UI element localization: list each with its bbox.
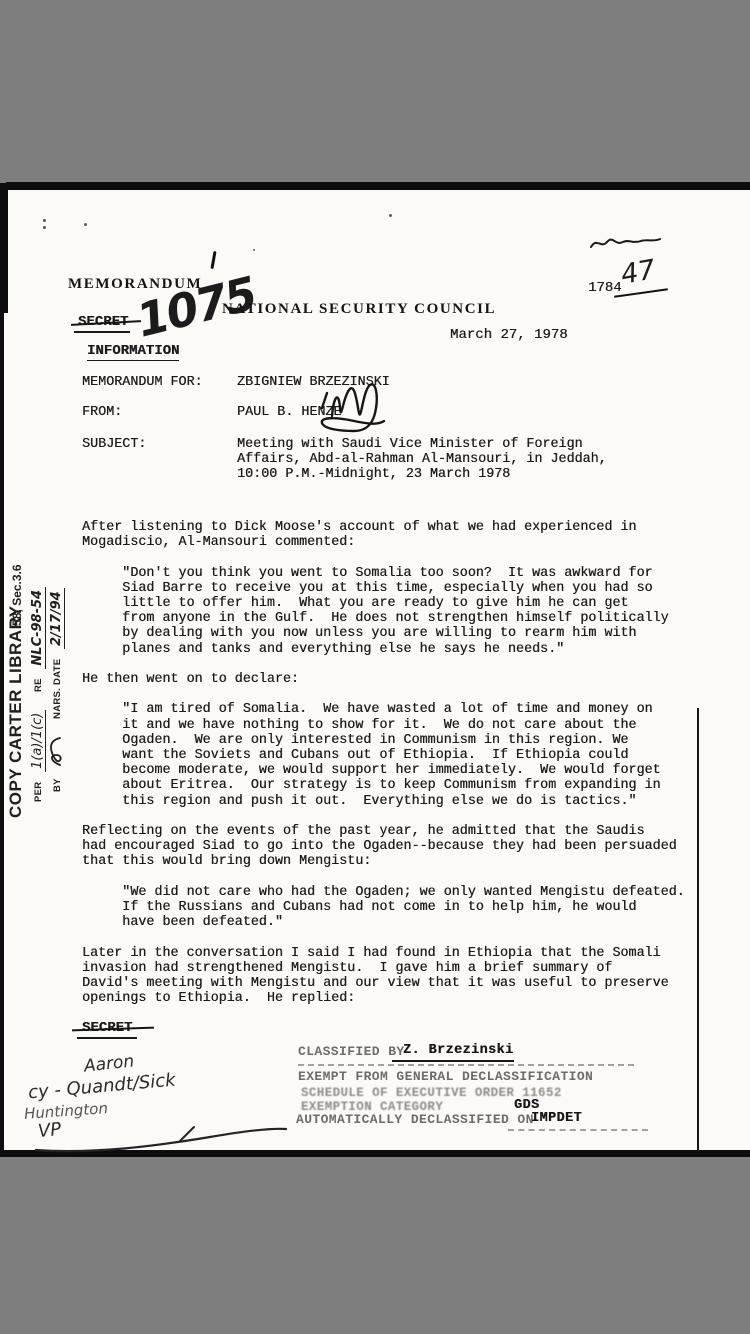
stamp-exempt-line: EXEMPT FROM GENERAL DECLASSIFICATION xyxy=(298,1069,593,1084)
margin-stamp-per-label: PER xyxy=(33,782,44,802)
margin-stamp-per-value: 1(a)/1(c) xyxy=(30,710,46,772)
handwritten-scribble xyxy=(588,233,666,253)
scan-edge-left xyxy=(0,310,4,1155)
margin-stamp-copy-carter: COPY CARTER LIBRARY xyxy=(6,605,25,818)
info-label: INFORMATION xyxy=(87,344,179,361)
subject-label: SUBJECT: xyxy=(82,437,146,452)
stamp-dashes xyxy=(508,1129,648,1131)
handwritten-swoosh xyxy=(30,1124,292,1154)
scan-speck xyxy=(43,226,46,229)
stamp-classified-by-underline xyxy=(392,1060,514,1062)
stamp-rule xyxy=(298,1064,634,1066)
classification-bottom-underline xyxy=(77,1037,137,1039)
screenshot-root: MEMORANDUM SECRET 1075 NATIONAL SECURITY… xyxy=(0,0,750,1334)
margin-stamp-by-label: BY xyxy=(52,778,63,792)
margin-stamp-re-value: NLC-98-54 xyxy=(30,587,46,669)
margin-stamp-by-signature xyxy=(48,735,63,769)
scan-speck xyxy=(84,223,87,226)
scan-fold-line xyxy=(697,708,699,1152)
scan-speck xyxy=(253,249,255,251)
stamp-auto-declassified-label: AUTOMATICALLY DECLASSIFIED ON xyxy=(296,1112,534,1127)
classification-top-underline xyxy=(74,331,130,333)
margin-stamp-re-label: RE xyxy=(33,678,44,692)
from-label: FROM: xyxy=(82,405,122,420)
stamp-classified-by-value: Z. Brzezinski xyxy=(403,1043,514,1058)
stamp-impdet-value: IMPDET xyxy=(531,1111,582,1126)
scan-speck xyxy=(43,219,46,222)
handwritten-page-number: 47 xyxy=(619,254,658,290)
margin-stamp: COPY CARTER LIBRARY 58, Sec.3.6 PER 1(a)… xyxy=(6,500,65,818)
subject-value: Meeting with Saudi Vice Minister of Fore… xyxy=(237,437,607,483)
stamp-classified-by-label: CLASSIFIED BY xyxy=(298,1044,405,1059)
margin-stamp-nars-label: NARS. DATE xyxy=(52,659,63,719)
org-name: NATIONAL SECURITY COUNCIL xyxy=(222,301,496,318)
doc-date: March 27, 1978 xyxy=(450,328,568,343)
memo-body-text: After listening to Dick Moose's account … xyxy=(82,520,685,1007)
memo-for-label: MEMORANDUM FOR: xyxy=(82,375,203,390)
doc-number: 1784 xyxy=(588,281,622,296)
henze-signature xyxy=(312,380,414,438)
scan-edge-top xyxy=(6,182,750,190)
margin-stamp-date-value: 2/17/94 xyxy=(49,588,65,649)
scan-edge-left-upper xyxy=(0,183,8,313)
scan-speck xyxy=(389,214,392,217)
margin-stamp-eo-section: 58, Sec.3.6 xyxy=(10,564,24,625)
